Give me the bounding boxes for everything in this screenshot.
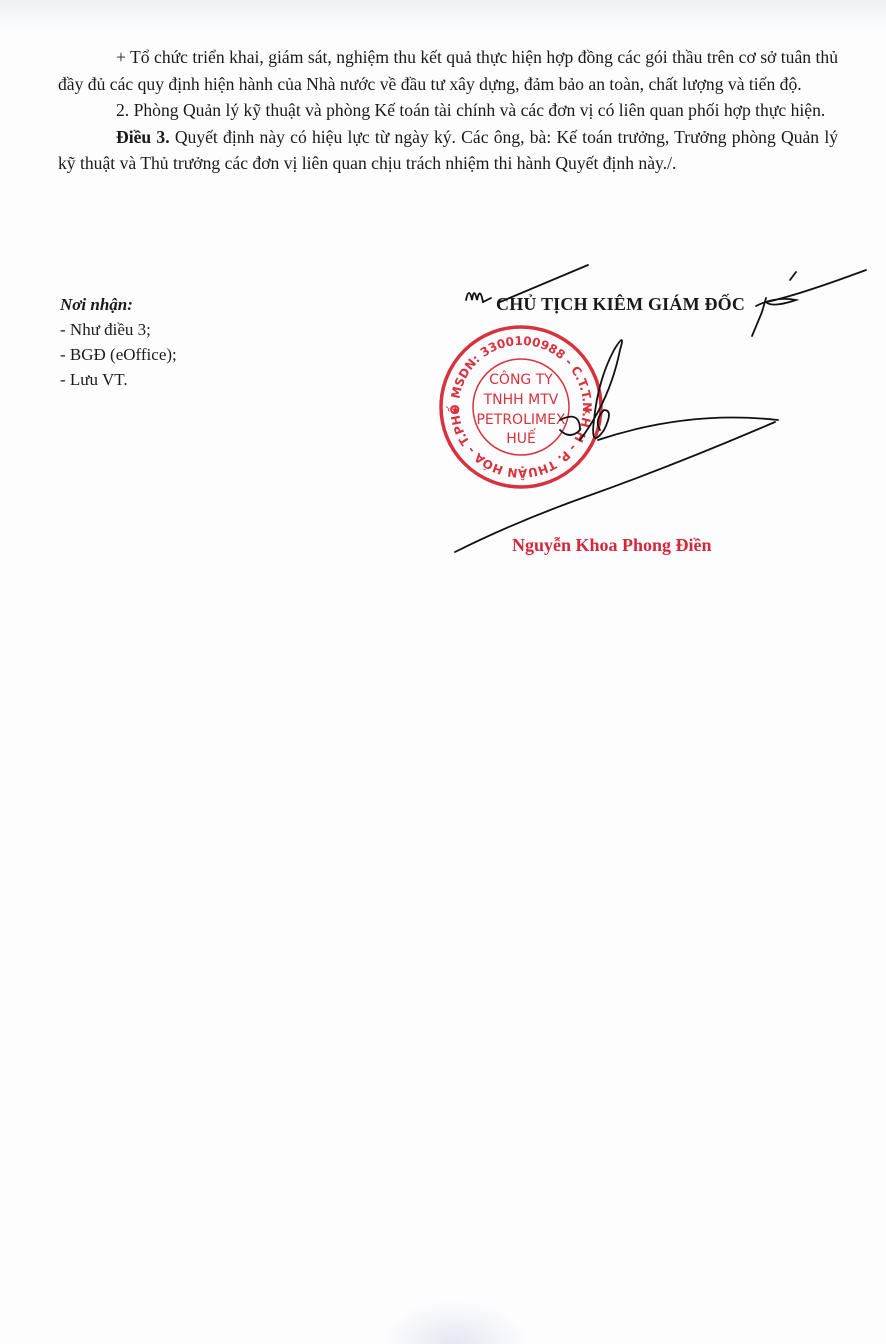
stamp-star-icon: ★	[450, 403, 461, 417]
paragraph-text: 2. Phòng Quản lý kỹ thuật và phòng Kế to…	[116, 100, 825, 120]
recipient-item: - BGĐ (eOffice);	[60, 342, 177, 367]
document-body: + Tổ chức triển khai, giám sát, nghiệm t…	[58, 44, 838, 177]
signer-name: Nguyễn Khoa Phong Điền	[512, 535, 712, 556]
recipients-block: Nơi nhận: - Như điều 3; - BGĐ (eOffice);…	[60, 292, 177, 392]
stamp-line: PETROLIMEX	[476, 412, 565, 428]
article-label: Điều 3.	[116, 127, 170, 147]
stamp-line: CÔNG TY	[489, 370, 553, 388]
paragraph-text: Quyết định này có hiệu lực từ ngày ký. C…	[58, 127, 838, 174]
stamp-line: HUẾ	[506, 428, 536, 447]
recipients-title: Nơi nhận:	[60, 292, 177, 317]
stamp-star-icon: ★	[582, 403, 593, 417]
paragraph-coordination: 2. Phòng Quản lý kỹ thuật và phòng Kế to…	[58, 97, 838, 124]
recipient-item: - Lưu VT.	[60, 367, 177, 392]
signature-title: CHỦ TỊCH KIÊM GIÁM ĐỐC	[496, 294, 745, 315]
paragraph-article-3: Điều 3. Quyết định này có hiệu lực từ ng…	[58, 124, 838, 177]
recipient-item: - Như điều 3;	[60, 317, 177, 342]
paragraph-text: + Tổ chức triển khai, giám sát, nghiệm t…	[58, 47, 838, 94]
paragraph-implementation: + Tổ chức triển khai, giám sát, nghiệm t…	[58, 44, 838, 97]
stamp-line: TNHH MTV	[483, 392, 559, 408]
scan-shadow-top	[0, 0, 886, 30]
company-stamp: MSDN: 3300100988 - C.T.T.N.H.H - P. THUẬ…	[436, 322, 606, 492]
scan-shadow-bottom	[380, 1300, 530, 1344]
